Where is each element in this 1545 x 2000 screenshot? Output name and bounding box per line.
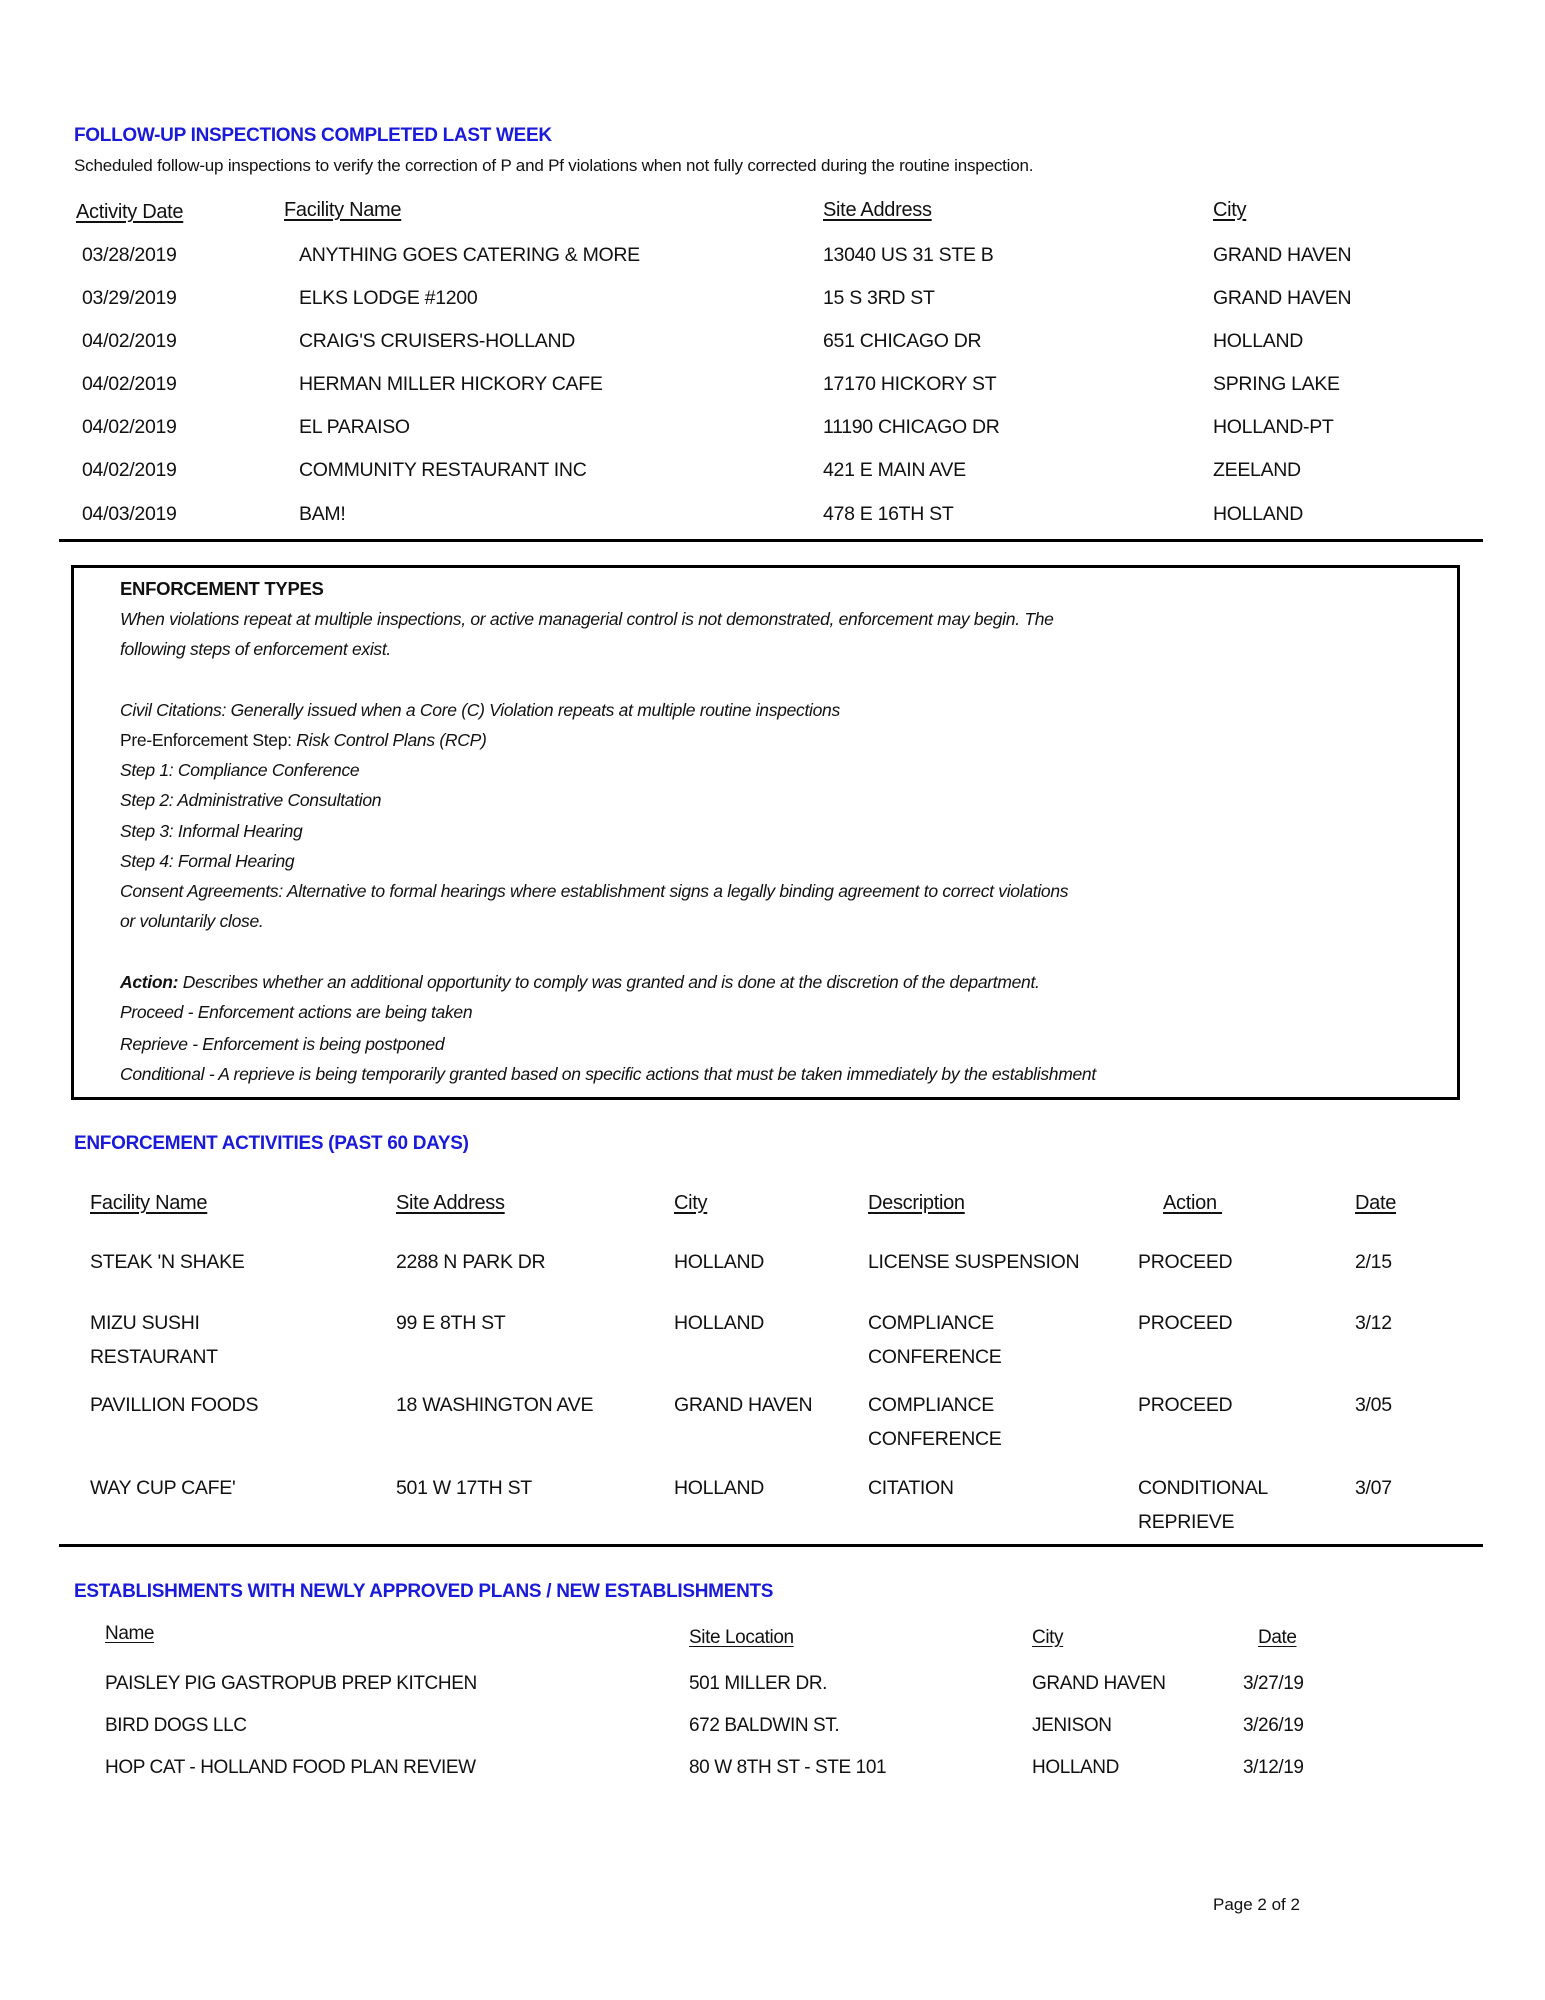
section-divider: [59, 1544, 1483, 1547]
conditional-definition: Conditional - A reprieve is being tempor…: [120, 1066, 1096, 1084]
cell-city: SPRING LAKE: [1213, 375, 1340, 395]
cell-site-address: 421 E MAIN AVE: [823, 461, 966, 481]
pre-enforcement-label: Pre-Enforcement Step:: [120, 730, 296, 750]
action-label: Action:: [120, 972, 178, 992]
cell-site-location: 501 MILLER DR.: [689, 1674, 827, 1693]
cell-facility-name: WAY CUP CAFE': [90, 1479, 235, 1499]
pre-enforcement-value: Risk Control Plans (RCP): [296, 730, 486, 750]
cell-site-address: 99 E 8TH ST: [396, 1314, 505, 1334]
followup-description: Scheduled follow-up inspections to verif…: [74, 157, 1033, 174]
new-establishments-title: ESTABLISHMENTS WITH NEWLY APPROVED PLANS…: [74, 1582, 773, 1601]
cell-city: HOLLAND-PT: [1213, 418, 1334, 438]
enforcement-intro-line1: When violations repeat at multiple inspe…: [120, 611, 1054, 629]
col-header-date: Date: [1258, 1628, 1297, 1647]
step-2-text: Step 2: Administrative Consultation: [120, 792, 381, 810]
cell-activity-date: 03/29/2019: [82, 289, 177, 309]
cell-site-address: 18 WASHINGTON AVE: [396, 1396, 593, 1416]
proceed-definition: Proceed - Enforcement actions are being …: [120, 1004, 472, 1022]
cell-date: 3/12/19: [1243, 1758, 1304, 1777]
cell-facility-name: PAVILLION FOODS: [90, 1396, 258, 1416]
cell-description: CONFERENCE: [868, 1430, 1002, 1450]
cell-city: GRAND HAVEN: [1032, 1674, 1166, 1693]
cell-facility-name: EL PARAISO: [299, 418, 410, 438]
col-header-site-address: Site Address: [396, 1193, 505, 1213]
col-header-date: Date: [1355, 1193, 1396, 1213]
enforcement-types-title: ENFORCEMENT TYPES: [120, 580, 324, 599]
col-header-site-location: Site Location: [689, 1628, 794, 1647]
cell-facility-name: STEAK 'N SHAKE: [90, 1253, 245, 1273]
cell-facility-name: ANYTHING GOES CATERING & MORE: [299, 246, 640, 266]
cell-name: BIRD DOGS LLC: [105, 1716, 247, 1735]
col-header-facility-name: Facility Name: [90, 1193, 207, 1213]
cell-activity-date: 03/28/2019: [82, 246, 177, 266]
cell-name: PAISLEY PIG GASTROPUB PREP KITCHEN: [105, 1674, 477, 1693]
cell-facility-name: ELKS LODGE #1200: [299, 289, 477, 309]
enforcement-activities-title: ENFORCEMENT ACTIVITIES (PAST 60 DAYS): [74, 1134, 469, 1153]
enforcement-intro-line2: following steps of enforcement exist.: [120, 641, 391, 659]
cell-action: PROCEED: [1138, 1253, 1232, 1273]
col-header-description: Description: [868, 1193, 965, 1213]
col-header-city: City: [1032, 1628, 1063, 1647]
cell-facility-name: RESTAURANT: [90, 1348, 218, 1368]
action-definition: Action: Describes whether an additional …: [120, 974, 1040, 992]
cell-city: GRAND HAVEN: [1213, 246, 1351, 266]
cell-action: CONDITIONAL: [1138, 1479, 1268, 1499]
followup-title: FOLLOW-UP INSPECTIONS COMPLETED LAST WEE…: [74, 126, 552, 145]
cell-action: REPRIEVE: [1138, 1513, 1234, 1533]
cell-facility-name: HERMAN MILLER HICKORY CAFE: [299, 375, 603, 395]
cell-site-address: 651 CHICAGO DR: [823, 332, 981, 352]
col-header-city: City: [674, 1193, 707, 1213]
cell-facility-name: MIZU SUSHI: [90, 1314, 200, 1334]
col-header-activity-date: Activity Date: [76, 202, 183, 222]
col-header-action: Action: [1163, 1193, 1222, 1213]
cell-site-address: 13040 US 31 STE B: [823, 246, 994, 266]
cell-date: 3/07: [1355, 1479, 1392, 1499]
cell-name: HOP CAT - HOLLAND FOOD PLAN REVIEW: [105, 1758, 476, 1777]
cell-city: HOLLAND: [674, 1253, 764, 1273]
cell-facility-name: BAM!: [299, 505, 345, 525]
section-divider: [59, 539, 1483, 542]
cell-description: COMPLIANCE: [868, 1396, 994, 1416]
cell-date: 3/12: [1355, 1314, 1392, 1334]
cell-site-address: 15 S 3RD ST: [823, 289, 935, 309]
consent-agreements-line1: Consent Agreements: Alternative to forma…: [120, 883, 1068, 901]
cell-activity-date: 04/02/2019: [82, 332, 177, 352]
cell-action: PROCEED: [1138, 1314, 1232, 1334]
cell-activity-date: 04/03/2019: [82, 505, 177, 525]
cell-city: HOLLAND: [674, 1479, 764, 1499]
cell-city: HOLLAND: [674, 1314, 764, 1334]
cell-description: CITATION: [868, 1479, 954, 1499]
cell-description: COMPLIANCE: [868, 1314, 994, 1334]
cell-activity-date: 04/02/2019: [82, 418, 177, 438]
cell-site-location: 80 W 8TH ST - STE 101: [689, 1758, 886, 1777]
cell-activity-date: 04/02/2019: [82, 461, 177, 481]
cell-site-location: 672 BALDWIN ST.: [689, 1716, 839, 1735]
step-4-text: Step 4: Formal Hearing: [120, 853, 294, 871]
consent-agreements-line2: or voluntarily close.: [120, 913, 263, 931]
cell-date: 2/15: [1355, 1253, 1392, 1273]
cell-site-address: 501 W 17TH ST: [396, 1479, 532, 1499]
cell-facility-name: CRAIG'S CRUISERS-HOLLAND: [299, 332, 575, 352]
cell-city: HOLLAND: [1213, 505, 1303, 525]
step-1-text: Step 1: Compliance Conference: [120, 762, 359, 780]
cell-site-address: 17170 HICKORY ST: [823, 375, 996, 395]
cell-site-address: 2288 N PARK DR: [396, 1253, 545, 1273]
pre-enforcement-step: Pre-Enforcement Step: Risk Control Plans…: [120, 732, 486, 750]
cell-city: HOLLAND: [1032, 1758, 1119, 1777]
cell-description: LICENSE SUSPENSION: [868, 1253, 1079, 1273]
cell-city: ZEELAND: [1213, 461, 1301, 481]
cell-date: 3/26/19: [1243, 1716, 1304, 1735]
cell-date: 3/27/19: [1243, 1674, 1304, 1693]
cell-action: PROCEED: [1138, 1396, 1232, 1416]
civil-citations-text: Civil Citations: Generally issued when a…: [120, 702, 840, 720]
cell-site-address: 478 E 16TH ST: [823, 505, 954, 525]
cell-city: HOLLAND: [1213, 332, 1303, 352]
cell-description: CONFERENCE: [868, 1348, 1002, 1368]
cell-site-address: 11190 CHICAGO DR: [823, 418, 1000, 438]
cell-date: 3/05: [1355, 1396, 1392, 1416]
col-header-name: Name: [105, 1624, 154, 1643]
col-header-facility-name: Facility Name: [284, 200, 401, 220]
action-text: Describes whether an additional opportun…: [178, 972, 1039, 992]
reprieve-definition: Reprieve - Enforcement is being postpone…: [120, 1036, 444, 1054]
cell-city: GRAND HAVEN: [1213, 289, 1351, 309]
page-number: Page 2 of 2: [1213, 1896, 1300, 1913]
col-header-site-address: Site Address: [823, 200, 932, 220]
step-3-text: Step 3: Informal Hearing: [120, 823, 302, 841]
cell-city: GRAND HAVEN: [674, 1396, 812, 1416]
col-header-city: City: [1213, 200, 1246, 220]
cell-facility-name: COMMUNITY RESTAURANT INC: [299, 461, 586, 481]
cell-city: JENISON: [1032, 1716, 1112, 1735]
cell-activity-date: 04/02/2019: [82, 375, 177, 395]
